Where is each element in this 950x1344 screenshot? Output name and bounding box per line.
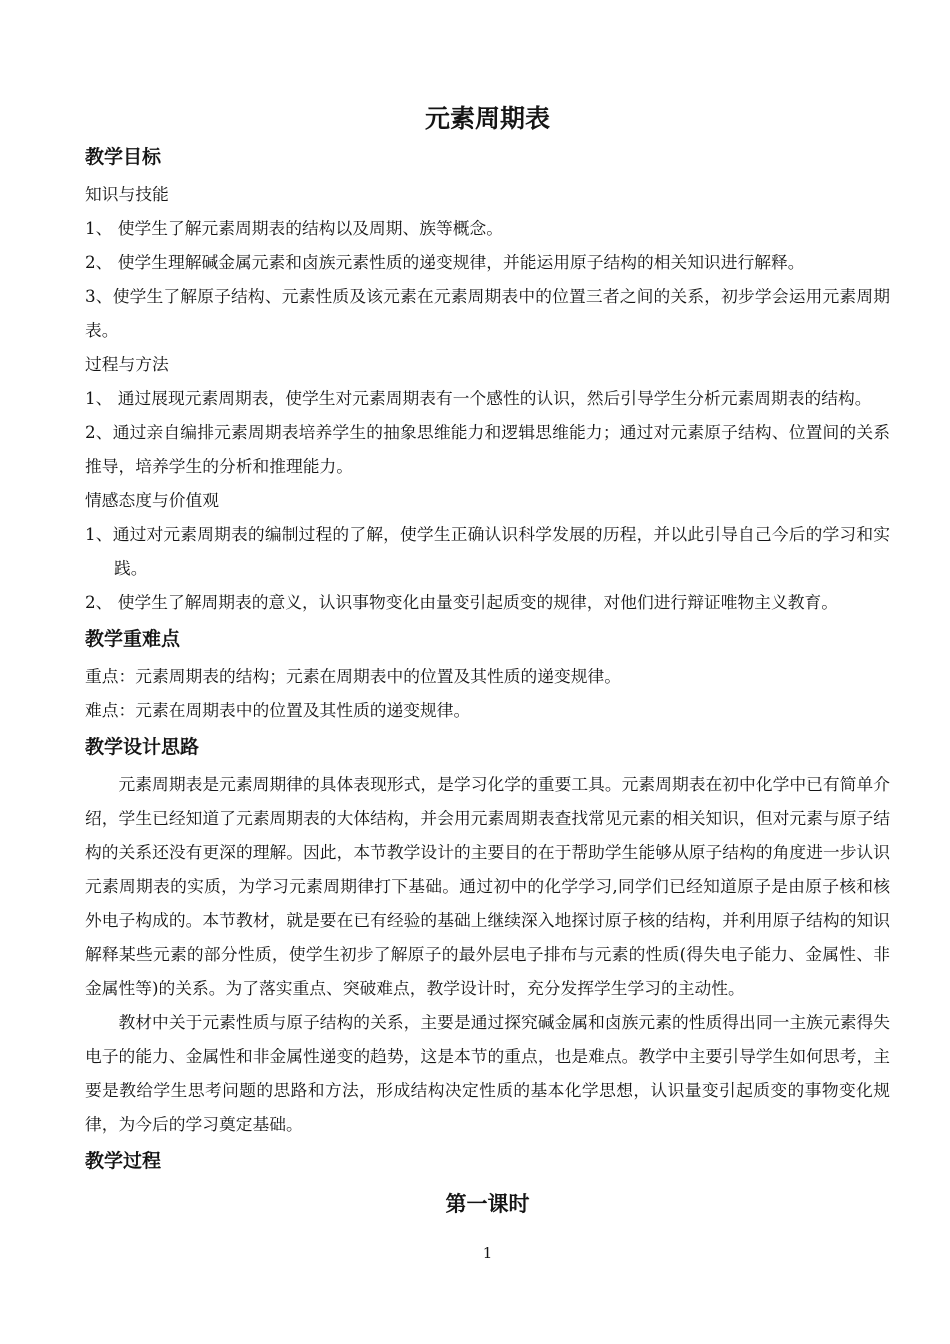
key-point-difficult: 难点：元素在周期表中的位置及其性质的递变规律。 <box>85 693 890 727</box>
process-item: 1、 通过展现元素周期表，使学生对元素周期表有一个感性的认识，然后引导学生分析元… <box>85 381 890 415</box>
page-number: 1 <box>85 1243 890 1263</box>
knowledge-item: 1、 使学生了解元素周期表的结构以及周期、族等概念。 <box>85 211 890 245</box>
emotion-item: 2、 使学生了解周期表的意义，认识事物变化由量变引起质变的规律，对他们进行辩证唯… <box>85 585 890 619</box>
process-item: 2、通过亲自编排元素周期表培养学生的抽象思维能力和逻辑思维能力；通过对元素原子结… <box>85 415 890 483</box>
lesson-section-title: 第一课时 <box>85 1181 890 1227</box>
knowledge-item: 2、 使学生理解碱金属元素和卤族元素性质的递变规律，并能运用原子结构的相关知识进… <box>85 245 890 279</box>
emotion-item: 1、通过对元素周期表的编制过程的了解，使学生正确认识科学发展的历程，并以此引导自… <box>85 517 890 585</box>
heading-teaching-process: 教学过程 <box>85 1141 890 1181</box>
document-title: 元素周期表 <box>85 100 890 137</box>
document-page: 元素周期表 教学目标 知识与技能 1、 使学生了解元素周期表的结构以及周期、族等… <box>0 0 950 1263</box>
heading-key-points: 教学重难点 <box>85 619 890 659</box>
key-point-important: 重点：元素周期表的结构；元素在周期表中的位置及其性质的递变规律。 <box>85 659 890 693</box>
label-knowledge-skills: 知识与技能 <box>85 177 890 211</box>
design-paragraph: 教材中关于元素性质与原子结构的关系，主要是通过探究碱金属和卤族元素的性质得出同一… <box>85 1005 890 1141</box>
label-process-methods: 过程与方法 <box>85 347 890 381</box>
heading-design-ideas: 教学设计思路 <box>85 727 890 767</box>
design-paragraph: 元素周期表是元素周期律的具体表现形式，是学习化学的重要工具。元素周期表在初中化学… <box>85 767 890 1005</box>
label-emotion-values: 情感态度与价值观 <box>85 483 890 517</box>
knowledge-item: 3、使学生了解原子结构、元素性质及该元素在元素周期表中的位置三者之间的关系，初步… <box>85 279 890 347</box>
heading-objectives: 教学目标 <box>85 137 890 177</box>
